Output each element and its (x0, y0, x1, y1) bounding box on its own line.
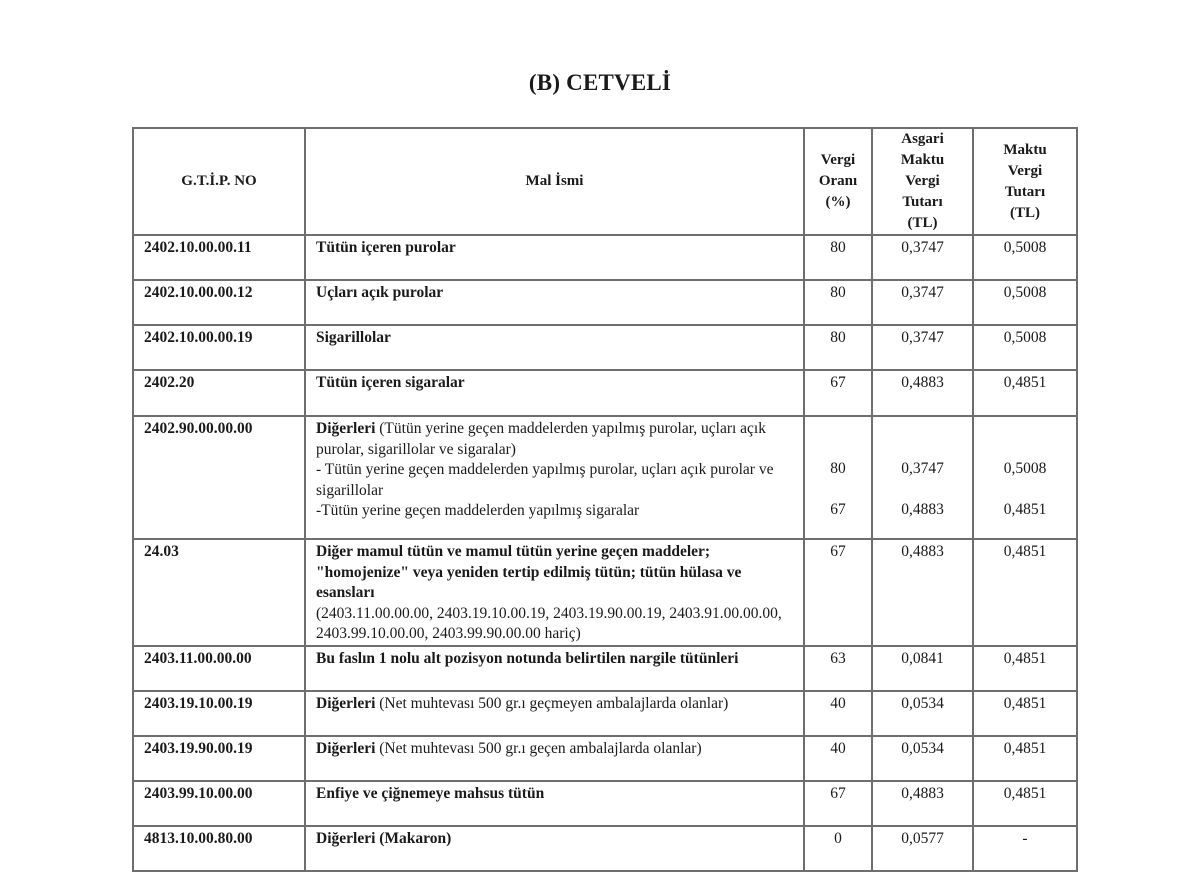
table-row: 2403.99.10.00.00 Enfiye ve çiğnemeye mah… (133, 781, 1077, 826)
gtip-code: 2403.19.90.00.19 (133, 736, 305, 781)
header-gtip: G.T.İ.P. NO (133, 128, 305, 235)
header-line: (%) (805, 192, 871, 213)
product-name-bold: Uçları açık purolar (316, 284, 443, 301)
specific-tax: 0,5008 0,4851 (973, 416, 1077, 539)
header-asgari-maktu: Asgari Maktu Vergi Tutarı (TL) (872, 128, 973, 235)
page-title: (B) CETVELİ (0, 70, 1200, 96)
header-line: Tutarı (873, 192, 972, 213)
minimum-specific-tax: 0,3747 (872, 280, 973, 325)
table-header-row: G.T.İ.P. NO Mal İsmi Vergi Oranı (%) Asg… (133, 128, 1077, 235)
product-name: Enfiye ve çiğnemeye mahsus tütün (305, 781, 804, 826)
specific-tax: 0,4851 (973, 370, 1077, 416)
table-row: 2403.11.00.00.00 Bu faslın 1 nolu alt po… (133, 646, 1077, 691)
header-line: Oranı (805, 171, 871, 192)
gtip-code: 2403.11.00.00.00 (133, 646, 305, 691)
specific-tax: 0,5008 (973, 325, 1077, 370)
subitem-text: - Tütün yerine geçen maddelerden yapılmı… (316, 460, 797, 501)
specific-tax: 0,4851 (973, 736, 1077, 781)
specific-tax: 0,5008 (973, 280, 1077, 325)
product-name-bold: Diğerleri (316, 420, 375, 437)
product-name: Tütün içeren purolar (305, 235, 804, 280)
tax-rate: 0 (804, 826, 872, 871)
subitem-text: -Tütün yerine geçen maddelerden yapılmış… (316, 501, 797, 522)
product-name-bold: Diğerleri (316, 740, 375, 757)
product-name-bold: Diğerleri (Makaron) (316, 830, 451, 847)
tax-rate: 63 (804, 646, 872, 691)
product-name: Uçları açık purolar (305, 280, 804, 325)
table-row: 2402.10.00.00.11 Tütün içeren purolar 80… (133, 235, 1077, 280)
specific-tax: 0,5008 (973, 235, 1077, 280)
table-row: 2403.19.10.00.19 Diğerleri (Net muhtevas… (133, 691, 1077, 736)
header-line: Maktu (873, 150, 972, 171)
minimum-specific-tax: 0,0577 (872, 826, 973, 871)
subitem-asgari: 0,3747 (873, 459, 972, 480)
product-name-detail: (Net muhtevası 500 gr.ı geçen ambalajlar… (375, 740, 701, 757)
subitem-rate: 80 (805, 459, 871, 480)
header-line: (TL) (974, 203, 1076, 224)
table-row: 4813.10.00.80.00 Diğerleri (Makaron) 0 0… (133, 826, 1077, 871)
header-maktu-vergi: Maktu Vergi Tutarı (TL) (973, 128, 1077, 235)
gtip-code: 24.03 (133, 539, 305, 646)
tax-rate: 67 (804, 539, 872, 646)
product-name: Diğerleri (Net muhtevası 500 gr.ı geçmey… (305, 691, 804, 736)
gtip-code: 2403.99.10.00.00 (133, 781, 305, 826)
minimum-specific-tax: 0,0534 (872, 691, 973, 736)
product-name-bold: Sigarillolar (316, 329, 391, 346)
gtip-code: 2402.20 (133, 370, 305, 416)
minimum-specific-tax: 0,4883 (872, 370, 973, 416)
product-name: Diğerleri (Makaron) (305, 826, 804, 871)
product-name-detail: (2403.11.00.00.00, 2403.19.10.00.19, 240… (316, 604, 797, 645)
subitem-maktu: 0,5008 (974, 459, 1076, 480)
header-vergi-orani: Vergi Oranı (%) (804, 128, 872, 235)
header-line: Vergi (873, 171, 972, 192)
product-name-bold: Bu faslın 1 nolu alt pozisyon notunda be… (316, 650, 738, 667)
product-name: Diğerleri (Tütün yerine geçen maddelerde… (305, 416, 804, 539)
product-name-detail: (Tütün yerine geçen maddelerden yapılmış… (316, 420, 766, 458)
tax-rate: 40 (804, 691, 872, 736)
table-row: 2402.10.00.00.19 Sigarillolar 80 0,3747 … (133, 325, 1077, 370)
minimum-specific-tax: 0,4883 (872, 781, 973, 826)
gtip-code: 2402.10.00.00.12 (133, 280, 305, 325)
minimum-specific-tax: 0,4883 (872, 539, 973, 646)
tax-rate: 80 (804, 235, 872, 280)
header-line: Vergi (974, 161, 1076, 182)
subitem-asgari: 0,4883 (873, 500, 972, 521)
product-name-bold: Diğer mamul tütün ve mamul tütün yerine … (316, 543, 741, 601)
minimum-specific-tax: 0,0534 (872, 736, 973, 781)
gtip-code: 4813.10.00.80.00 (133, 826, 305, 871)
table-row: 2403.19.90.00.19 Diğerleri (Net muhtevas… (133, 736, 1077, 781)
header-line: Maktu (974, 140, 1076, 161)
product-name: Bu faslın 1 nolu alt pozisyon notunda be… (305, 646, 804, 691)
header-line: Asgari (873, 129, 972, 150)
product-name-bold: Enfiye ve çiğnemeye mahsus tütün (316, 785, 544, 802)
table-row: 24.03 Diğer mamul tütün ve mamul tütün y… (133, 539, 1077, 646)
product-name-detail: (Net muhtevası 500 gr.ı geçmeyen ambalaj… (375, 695, 728, 712)
table-row: 2402.90.00.00.00 Diğerleri (Tütün yerine… (133, 416, 1077, 539)
tax-rate: 80 (804, 325, 872, 370)
specific-tax: 0,4851 (973, 539, 1077, 646)
minimum-specific-tax: 0,3747 0,4883 (872, 416, 973, 539)
product-name: Diğer mamul tütün ve mamul tütün yerine … (305, 539, 804, 646)
header-mal-ismi: Mal İsmi (305, 128, 804, 235)
specific-tax: 0,4851 (973, 646, 1077, 691)
tax-rate: 40 (804, 736, 872, 781)
minimum-specific-tax: 0,0841 (872, 646, 973, 691)
header-line: Vergi (805, 150, 871, 171)
tax-rate: 80 67 (804, 416, 872, 539)
minimum-specific-tax: 0,3747 (872, 235, 973, 280)
specific-tax: 0,4851 (973, 781, 1077, 826)
tax-rate: 67 (804, 781, 872, 826)
specific-tax: - (973, 826, 1077, 871)
subitem-rate: 67 (805, 500, 871, 521)
gtip-code: 2403.19.10.00.19 (133, 691, 305, 736)
specific-tax: 0,4851 (973, 691, 1077, 736)
product-name: Sigarillolar (305, 325, 804, 370)
gtip-code: 2402.10.00.00.19 (133, 325, 305, 370)
gtip-code: 2402.10.00.00.11 (133, 235, 305, 280)
subitem-maktu: 0,4851 (974, 500, 1076, 521)
tax-rate: 67 (804, 370, 872, 416)
tax-schedule-table: G.T.İ.P. NO Mal İsmi Vergi Oranı (%) Asg… (132, 127, 1078, 872)
header-line: Tutarı (974, 182, 1076, 203)
product-name-bold: Diğerleri (316, 695, 375, 712)
table-row: 2402.20 Tütün içeren sigaralar 67 0,4883… (133, 370, 1077, 416)
product-name: Diğerleri (Net muhtevası 500 gr.ı geçen … (305, 736, 804, 781)
tax-rate: 80 (804, 280, 872, 325)
header-line: (TL) (873, 213, 972, 234)
table-row: 2402.10.00.00.12 Uçları açık purolar 80 … (133, 280, 1077, 325)
product-name-bold: Tütün içeren sigaralar (316, 374, 465, 391)
product-name-bold: Tütün içeren purolar (316, 239, 456, 256)
product-name: Tütün içeren sigaralar (305, 370, 804, 416)
minimum-specific-tax: 0,3747 (872, 325, 973, 370)
gtip-code: 2402.90.00.00.00 (133, 416, 305, 539)
